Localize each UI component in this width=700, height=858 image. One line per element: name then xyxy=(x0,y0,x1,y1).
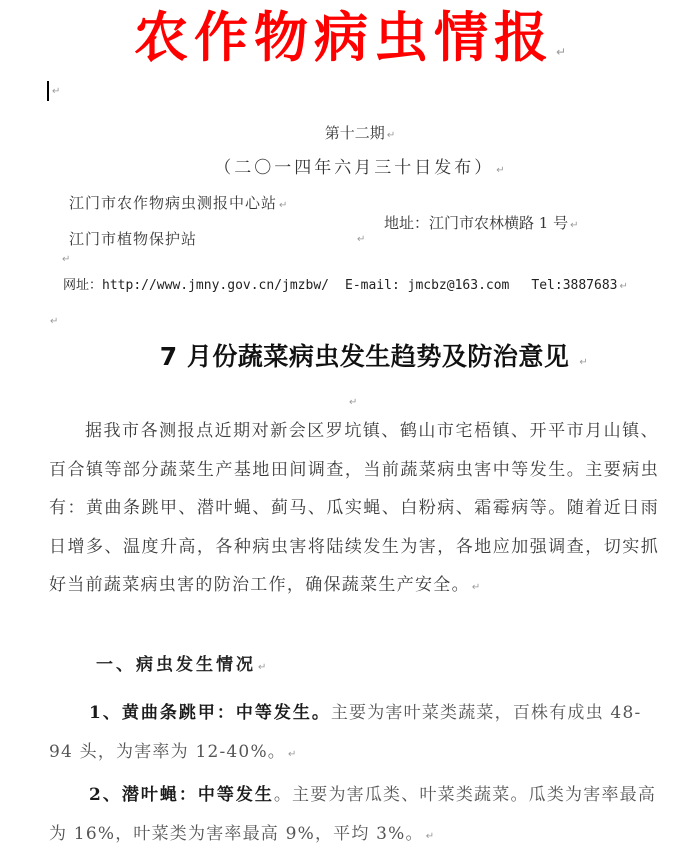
paragraph-mark-icon: ↵ xyxy=(426,831,436,842)
website-link[interactable]: http://www.jmny.gov.cn/jmzbw/ xyxy=(102,278,329,293)
tel-label: Tel: xyxy=(531,278,562,293)
paragraph-mark-icon: ↵ xyxy=(258,662,269,673)
tel-value: 3887683 xyxy=(563,278,618,293)
paragraph-mark-icon: ↵ xyxy=(496,165,507,176)
website-label: 网址： xyxy=(63,278,102,293)
masthead-title: 农作物病虫情报↵ xyxy=(0,2,700,87)
publish-date: （二〇一四年六月三十日发布）↵ xyxy=(0,153,700,178)
issue-number-text: 第十二期 xyxy=(325,124,385,142)
article-headline-text: 7 月份蔬菜病虫发生趋势及防治意见 xyxy=(160,342,570,371)
paragraph-mark-icon: ↵ xyxy=(556,45,566,59)
paragraph-mark-icon: ↵ xyxy=(570,220,578,231)
pest-item-lead: 2、潜叶蝇：中等发生 xyxy=(89,785,274,805)
publisher-org-1-text: 江门市农作物病虫测报中心站 xyxy=(69,194,277,212)
paragraph-mark-icon: ↵ xyxy=(357,234,365,245)
article-headline: 7 月份蔬菜病虫发生趋势及防治意见↵ xyxy=(0,337,700,373)
publisher-org-1: 江门市农作物病虫测报中心站↵ xyxy=(69,192,288,213)
intro-paragraph-text: 据我市各测报点近期对新会区罗坑镇、鹤山市宅梧镇、开平市月山镇、百合镇等部分蔬菜生… xyxy=(49,421,659,595)
paragraph-mark-icon: ↵ xyxy=(619,281,627,292)
publish-date-text: （二〇一四年六月三十日发布） xyxy=(214,158,494,178)
pest-item-lead: 1、黄曲条跳甲：中等发生。 xyxy=(89,703,331,723)
paragraph-mark-icon: ↵ xyxy=(52,86,60,97)
paragraph-mark-icon: ↵ xyxy=(50,316,58,327)
paragraph-mark-icon: ↵ xyxy=(387,130,395,141)
contact-line: 网址：http://www.jmny.gov.cn/jmzbw/E-mail: … xyxy=(63,274,628,293)
publisher-address: 地址：江门市农林横路 1 号↵ xyxy=(384,212,578,233)
paragraph-mark-icon: ↵ xyxy=(279,200,288,211)
publisher-org-2: 江门市植物保护站 xyxy=(69,228,197,249)
section-heading-text: 一、病虫发生情况 xyxy=(96,655,256,675)
paragraph-mark-icon: ↵ xyxy=(62,254,70,265)
pest-item: 1、黄曲条跳甲：中等发生。主要为害叶菜类蔬菜，百株有成虫 48-94 头，为害率… xyxy=(49,694,661,774)
paragraph-mark-icon: ↵ xyxy=(288,749,298,760)
text-cursor xyxy=(47,81,49,101)
pest-item: 2、潜叶蝇：中等发生。主要为害瓜类、叶菜类蔬菜。瓜类为害率最高为 16%，叶菜类… xyxy=(49,776,661,856)
paragraph-mark-icon: ↵ xyxy=(579,357,588,368)
issue-number: 第十二期↵ xyxy=(0,122,700,143)
publisher-address-text: 地址：江门市农林横路 1 号 xyxy=(384,214,568,232)
intro-paragraph: 据我市各测报点近期对新会区罗坑镇、鹤山市宅梧镇、开平市月山镇、百合镇等部分蔬菜生… xyxy=(49,412,659,608)
masthead-title-text: 农作物病虫情报 xyxy=(134,5,554,69)
section-heading: 一、病虫发生情况↵ xyxy=(96,650,269,675)
email-label: E-mail: xyxy=(345,278,400,293)
paragraph-mark-icon: ↵ xyxy=(349,397,357,408)
email-link[interactable]: jmcbz@163.com xyxy=(408,278,510,293)
paragraph-mark-icon: ↵ xyxy=(472,582,482,593)
